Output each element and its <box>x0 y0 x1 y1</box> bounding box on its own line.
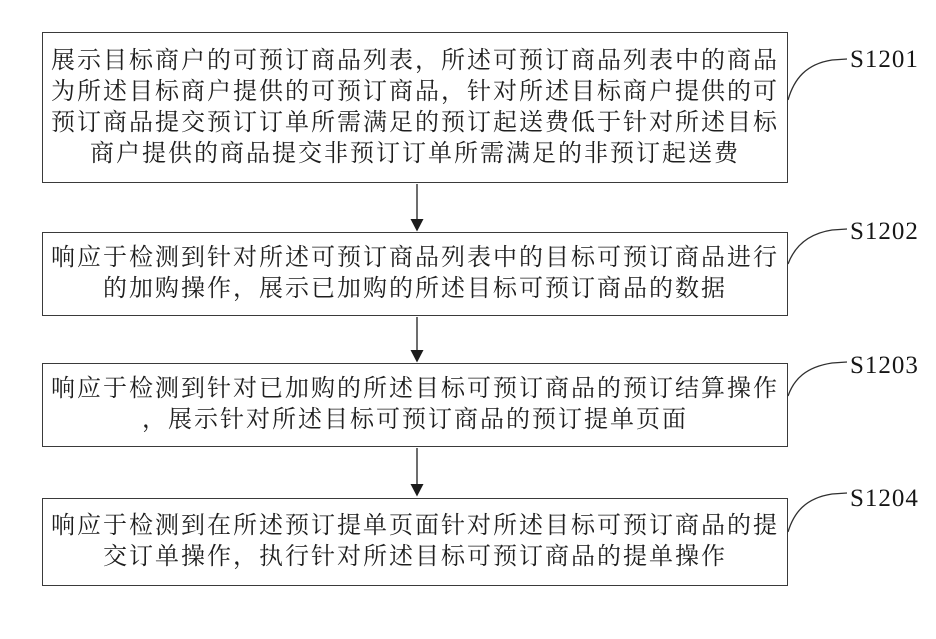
flow-arrow-3-head-icon <box>411 484 424 497</box>
step-text-line: 商户提供的商品提交非预订订单所需满足的非预订起送费 <box>43 139 787 170</box>
step-text-line: 交订单操作，执行针对所述目标可预订商品的提单操作 <box>43 542 787 573</box>
step-box-s1203: 响应于检测到针对已加购的所述目标可预订商品的预订结算操作 ，展示针对所述目标可预… <box>42 363 788 447</box>
step-text-line: 响应于检测到针对所述可预订商品列表中的目标可预订商品进行 <box>43 243 787 274</box>
step-text-line: 展示目标商户的可预订商品列表，所述可预订商品列表中的商品 <box>43 46 787 77</box>
step-text-line: 为所述目标商户提供的可预订商品，针对所述目标商户提供的可 <box>43 77 787 108</box>
step-text-line: ，展示针对所述目标可预订商品的预订提单页面 <box>43 405 787 436</box>
leader-line-s1201 <box>788 59 847 100</box>
step-label-s1203: S1203 <box>850 353 919 379</box>
step-box-s1202: 响应于检测到针对所述可预订商品列表中的目标可预订商品进行 的加购操作，展示已加购… <box>42 232 788 316</box>
step-text-line: 预订商品提交预订订单所需满足的预订起送费低于针对所述目标 <box>43 108 787 139</box>
leader-line-s1203 <box>788 362 847 396</box>
step-text-line: 响应于检测到针对已加购的所述目标可预订商品的预订结算操作 <box>43 374 787 405</box>
step-label-s1201: S1201 <box>850 47 919 73</box>
step-text-line: 的加购操作，展示已加购的所述目标可预订商品的数据 <box>43 274 787 305</box>
step-text-line: 响应于检测到在所述预订提单页面针对所述目标可预订商品的提 <box>43 511 787 542</box>
flowchart-canvas: 展示目标商户的可预订商品列表，所述可预订商品列表中的商品 为所述目标商户提供的可… <box>0 0 936 639</box>
step-label-s1202: S1202 <box>850 219 919 245</box>
leader-line-s1202 <box>788 229 847 264</box>
step-label-s1204: S1204 <box>850 486 919 512</box>
leader-line-s1204 <box>788 493 847 532</box>
step-box-s1204: 响应于检测到在所述预订提单页面针对所述目标可预订商品的提 交订单操作，执行针对所… <box>42 498 788 586</box>
step-box-s1201: 展示目标商户的可预订商品列表，所述可预订商品列表中的商品 为所述目标商户提供的可… <box>42 32 788 183</box>
flow-arrow-1-head-icon <box>411 219 424 232</box>
flow-arrow-2-head-icon <box>411 350 424 363</box>
